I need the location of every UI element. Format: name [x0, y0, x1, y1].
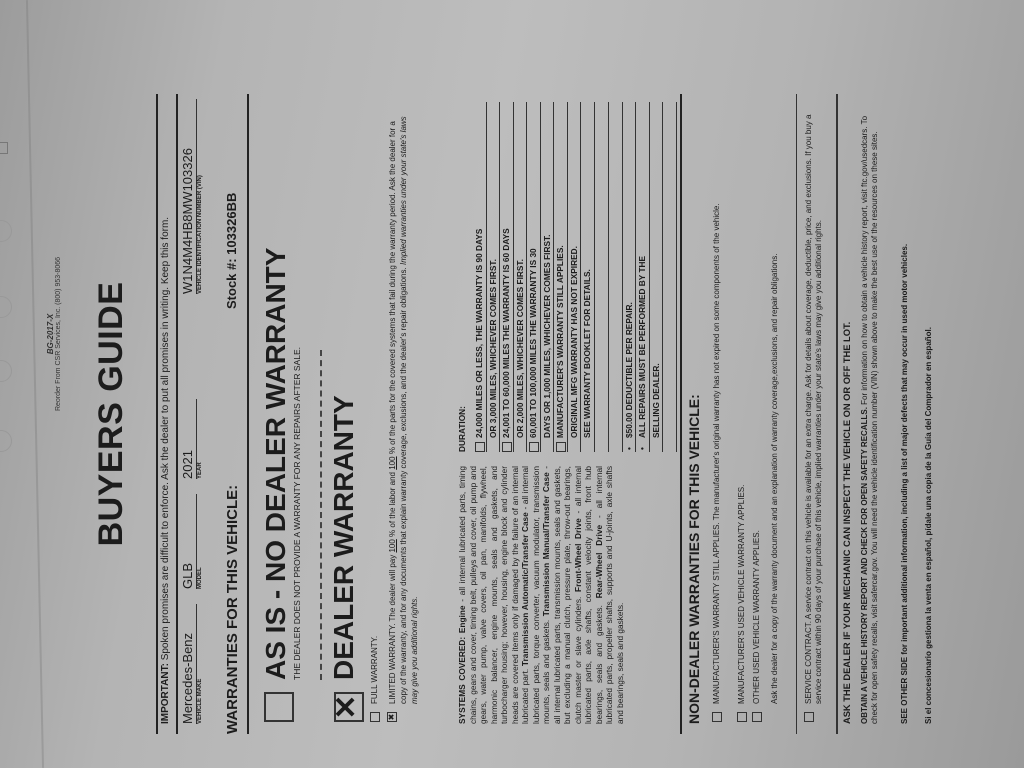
- vehicle-make-label: VEHICLE MAKE: [197, 604, 203, 724]
- full-warranty-label: FULL WARRANTY.: [370, 636, 379, 704]
- limited-warranty-option: ✖ LIMITED WARRANTY. The dealer will pay …: [387, 104, 420, 704]
- duration-row: SELLING DEALER.: [650, 102, 664, 452]
- important-notice: IMPORTANT: Spoken promises are difficult…: [160, 217, 171, 724]
- important-text: Spoken promises are difficult to enforce…: [160, 217, 171, 660]
- duration-rows: 24,000 MILES OR LESS, THE WARRANTY IS 90…: [473, 102, 677, 452]
- vehicle-year-label: YEAR: [197, 399, 203, 479]
- dashed-divider: [320, 350, 322, 680]
- as-is-title: AS IS - NO DEALER WARRANTY: [260, 248, 292, 680]
- non-dealer-note: Ask the dealer for a copy of the warrant…: [770, 104, 780, 704]
- non-dealer-item-text: MANUFACTURER'S WARRANTY STILL APPLIES. T…: [712, 203, 721, 704]
- duration-row-text: 24,001 TO 60,000 MILES THE WARRANTY IS 6…: [501, 228, 511, 438]
- service-contract-text: SERVICE CONTRACT. A service contract on …: [804, 115, 823, 704]
- non-dealer-checkbox[interactable]: [712, 712, 722, 722]
- service-contract: SERVICE CONTRACT. A service contract on …: [804, 104, 824, 704]
- form-code: BG-2017-X: [46, 184, 55, 484]
- system-name: Transmission Automatic/Transfer Case: [520, 512, 530, 666]
- vehicle-make-value: Mercedes-Benz: [180, 604, 197, 724]
- limited-warranty-checkbox[interactable]: ✖: [387, 712, 397, 722]
- as-is-subtitle: THE DEALER DOES NOT PROVIDE A WARRANTY F…: [292, 347, 302, 680]
- bullet-icon: •: [637, 447, 648, 450]
- non-dealer-item: MANUFACTURER'S WARRANTY STILL APPLIES. T…: [712, 104, 722, 704]
- spanish-notice: Si el concesionario gestiona la venta en…: [924, 94, 934, 724]
- duration-row-text: OR 2,000 MILES, WHICHEVER COMES FIRST.: [515, 259, 525, 438]
- reorder-text: Reorder From: [55, 367, 62, 411]
- x-mark-icon: ✕: [330, 694, 363, 719]
- non-dealer-item: OTHER USED VEHICLE WARRANTY APPLIES.: [752, 530, 762, 704]
- punch-hole: [0, 430, 12, 452]
- vehicle-year-field: 2021 YEAR: [180, 399, 203, 479]
- limited-text: % of the labor and: [388, 472, 397, 537]
- duration-row-text: $50.00 DEDUCTIBLE PER REPAIR.: [624, 302, 634, 438]
- duration-row-text: MANUFACTURER'S WARRANTY STILL APPLIES.: [555, 245, 565, 438]
- vehicle-history-text: OBTAIN A VEHICLE HISTORY REPORT AND CHEC…: [860, 94, 880, 724]
- page-corner-mark: [0, 142, 8, 154]
- non-dealer-title: NON-DEALER WARRANTIES FOR THIS VEHICLE:: [686, 394, 702, 724]
- vehicle-make-field: Mercedes-Benz VEHICLE MAKE: [180, 604, 203, 724]
- vehicle-vin-label: VEHICLE IDENTIFICATION NUMBER (VIN): [197, 99, 203, 294]
- duration-row: MANUFACTURER'S WARRANTY STILL APPLIES.: [554, 102, 568, 452]
- duration-row-text: OR 3,000 MILES, WHICHEVER COMES FIRST.: [488, 259, 498, 438]
- limited-text: The dealer will pay: [388, 555, 397, 622]
- systems-covered-label: SYSTEMS COVERED:: [457, 637, 467, 724]
- divider: [796, 94, 797, 734]
- duration-row: 24,001 TO 60,000 MILES THE WARRANTY IS 6…: [500, 102, 514, 452]
- non-dealer-checkbox[interactable]: [752, 712, 762, 722]
- duration-row-text: SEE WARRANTY BOOKLET FOR DETAILS.: [582, 269, 592, 438]
- vehicle-history-heading: OBTAIN A VEHICLE HISTORY REPORT AND CHEC…: [860, 407, 869, 724]
- duration-row: OR 2,000 MILES, WHICHEVER COMES FIRST.: [514, 102, 528, 452]
- duration-label: DURATION:: [457, 102, 467, 452]
- duration-checkbox[interactable]: [475, 442, 485, 452]
- system-name: Transmission Manual/Transfer Case: [541, 472, 551, 616]
- duration-row-text: 24,000 MILES OR LESS, THE WARRANTY IS 90…: [474, 229, 484, 438]
- duration-row: SEE WARRANTY BOOKLET FOR DETAILS.: [581, 102, 595, 452]
- dealer-warranty-title: DEALER WARRANTY: [328, 395, 360, 680]
- duration-row: [609, 102, 623, 452]
- labor-percent: 100: [388, 539, 397, 552]
- vehicle-vin-value: W1N4M4HB8MW103326: [180, 99, 197, 294]
- systems-covered: SYSTEMS COVERED: Engine - all internal l…: [457, 466, 625, 724]
- duration-row-text: ORIGINAL MFG WARRANTY HAS NOT EXPIRED.: [569, 246, 579, 438]
- bullet-icon: •: [624, 447, 635, 450]
- printer-company: CSR Services, Inc. (800) 953-8066: [55, 257, 62, 366]
- service-contract-checkbox[interactable]: [804, 712, 814, 722]
- other-side-text: SEE OTHER SIDE for important additional …: [900, 94, 910, 724]
- vehicle-vin-field: W1N4M4HB8MW103326 VEHICLE IDENTIFICATION…: [180, 99, 203, 294]
- page-title: BUYERS GUIDE: [92, 64, 131, 764]
- divider: [247, 94, 249, 734]
- system-name: Rear-Wheel Drive: [594, 525, 604, 598]
- limited-warranty-label: LIMITED WARRANTY.: [388, 624, 397, 704]
- parts-percent: 100: [388, 456, 397, 469]
- other-side-heading: SEE OTHER SIDE for important additional …: [900, 244, 909, 724]
- vehicle-year-value: 2021: [180, 399, 197, 479]
- vehicle-model-label: MODEL: [197, 494, 203, 589]
- non-dealer-checkbox[interactable]: [737, 712, 747, 722]
- system-name: Front-Wheel Drive: [573, 518, 583, 592]
- dealer-warranty-checkbox[interactable]: ✕: [334, 692, 364, 722]
- duration-row-text: ALL REPAIRS MUST BE PERFORMED BY THE: [637, 256, 647, 438]
- divider: [680, 94, 682, 734]
- system-name: Engine: [457, 605, 467, 633]
- binder-holes: [0, 0, 30, 768]
- warranties-heading: WARRANTIES FOR THIS VEHICLE:: [224, 485, 241, 734]
- duration-row-text: DAYS OR 1,000 MILES, WHICHEVER COMES FIR…: [542, 235, 552, 438]
- duration-row: OR 3,000 MILES, WHICHEVER COMES FIRST.: [487, 102, 501, 452]
- duration-row: •$50.00 DEDUCTIBLE PER REPAIR.: [623, 102, 637, 452]
- duration-row: DAYS OR 1,000 MILES, WHICHEVER COMES FIR…: [541, 102, 555, 452]
- mechanic-inspection-text: ASK THE DEALER IF YOUR MECHANIC CAN INSP…: [842, 322, 852, 724]
- duration-checkbox[interactable]: [529, 442, 539, 452]
- as-is-checkbox[interactable]: [264, 692, 294, 722]
- vehicle-model-value: GLB: [180, 494, 197, 589]
- punch-hole: [0, 360, 12, 382]
- duration-row: [663, 102, 677, 452]
- duration-row: 24,000 MILES OR LESS, THE WARRANTY IS 90…: [473, 102, 487, 452]
- vehicle-info-row: Mercedes-Benz VEHICLE MAKE GLB MODEL 202…: [180, 94, 214, 734]
- duration-row-text: SELLING DEALER.: [651, 363, 661, 438]
- divider: [836, 94, 838, 734]
- duration-checkbox[interactable]: [556, 442, 566, 452]
- duration-row: ORIGINAL MFG WARRANTY HAS NOT EXPIRED.: [568, 102, 582, 452]
- duration-row-text: 60,001 TO 100,000 MILES THE WARRANTY IS …: [528, 248, 538, 438]
- stock-number: Stock #: 103326BB: [224, 193, 239, 309]
- divider: [176, 94, 178, 734]
- vehicle-model-field: GLB MODEL: [180, 494, 203, 589]
- non-dealer-item: MANUFACTURER'S USED VEHICLE WARRANTY APP…: [737, 485, 747, 704]
- full-warranty-option: FULL WARRANTY.: [370, 636, 379, 704]
- systems-covered-text: Engine - all internal lubricated parts, …: [457, 466, 625, 724]
- full-warranty-checkbox[interactable]: [370, 712, 380, 722]
- duration-row: •ALL REPAIRS MUST BE PERFORMED BY THE: [636, 102, 650, 452]
- duration-section: DURATION: 24,000 MILES OR LESS, THE WARR…: [457, 102, 677, 452]
- printer-info: BG-2017-X Reorder From CSR Services, Inc…: [46, 184, 62, 484]
- duration-row: [595, 102, 609, 452]
- duration-row: 60,001 TO 100,000 MILES THE WARRANTY IS …: [527, 102, 541, 452]
- divider: [156, 94, 158, 734]
- non-dealer-item-text: MANUFACTURER'S USED VEHICLE WARRANTY APP…: [737, 485, 746, 704]
- buyers-guide-document: BG-2017-X Reorder From CSR Services, Inc…: [52, 64, 942, 764]
- important-label: IMPORTANT:: [160, 663, 171, 724]
- non-dealer-item-text: OTHER USED VEHICLE WARRANTY APPLIES.: [752, 530, 761, 704]
- punch-hole: [0, 296, 12, 318]
- duration-checkbox[interactable]: [502, 442, 512, 452]
- punch-hole: [0, 220, 12, 242]
